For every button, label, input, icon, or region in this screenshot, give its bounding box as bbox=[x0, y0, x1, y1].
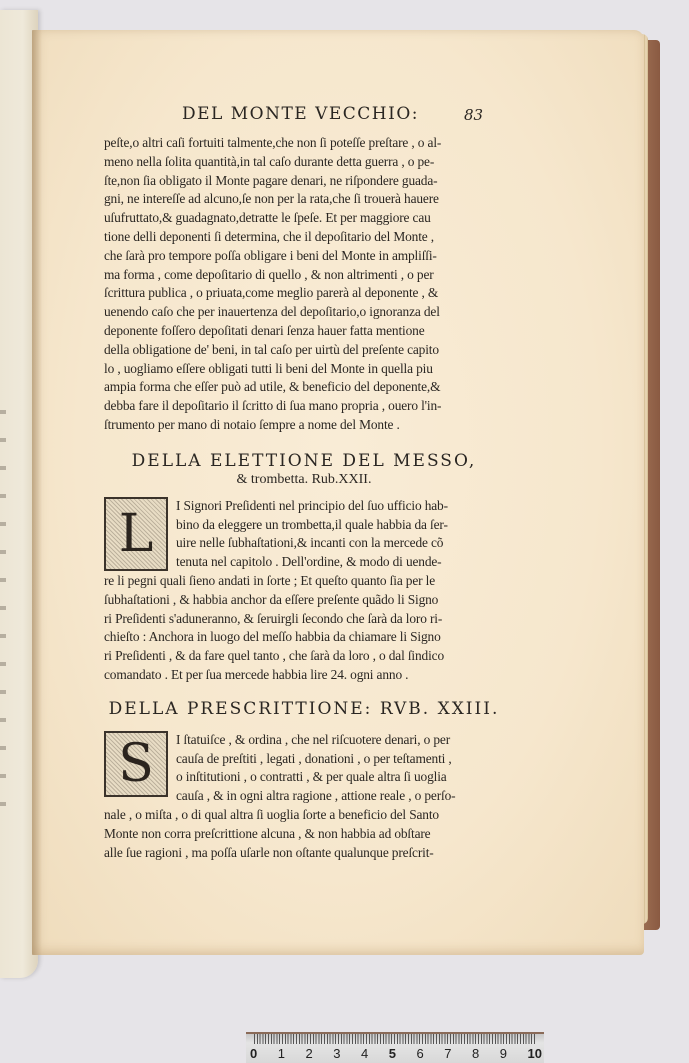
woodcut-initial-s-icon: S bbox=[104, 731, 168, 797]
ruler-label: 1 bbox=[278, 1046, 285, 1061]
text-line: uſufruttato,& guadagnato,detratte le ſpe… bbox=[104, 209, 504, 228]
page-number: 83 bbox=[464, 106, 483, 124]
ruler-label: 8 bbox=[472, 1046, 479, 1061]
running-head: DEL MONTE VECCHIO: 83 bbox=[104, 104, 504, 134]
text-line: I ſtatuiſce , & ordina , che nel riſcuot… bbox=[176, 731, 504, 750]
text-line: della obligatione de' beni, in tal caſo … bbox=[104, 341, 504, 360]
text-line: ri Preſidenti s'aduneranno, & ſeruirgli … bbox=[104, 610, 504, 629]
text-line: peſte,o altri caſi fortuiti talmente,che… bbox=[104, 134, 504, 153]
text-line: ſcrittura publica , o priuata,come megli… bbox=[104, 284, 504, 303]
page-text-block: DEL MONTE VECCHIO: 83 peſte,o altri caſi… bbox=[104, 104, 504, 862]
text-line: bino da eleggere un trombetta,il quale h… bbox=[176, 516, 504, 535]
section-rub-xxii: DELLA ELETTIONE DEL MESSO, & trombetta. … bbox=[104, 451, 504, 685]
text-line: lo , uogliamo eſſere obligati tutti li b… bbox=[104, 360, 504, 379]
woodcut-initial-l-icon: L bbox=[104, 497, 168, 571]
text-line: cauſa , & in ogni altra ragione , attion… bbox=[176, 787, 504, 806]
ruler-ticks bbox=[254, 1034, 536, 1044]
intro-paragraph: peſte,o altri caſi fortuiti talmente,che… bbox=[104, 134, 504, 435]
section-subheading: & trombetta. Rub.XXII. bbox=[104, 471, 504, 489]
text-line: che ſarà pro tempore poſſa obligare i be… bbox=[104, 247, 504, 266]
text-line: ma forma , come depoſitario di quello , … bbox=[104, 266, 504, 285]
ruler-label: 2 bbox=[306, 1046, 313, 1061]
scale-ruler: 0 1 2 3 4 5 6 7 8 9 10 bbox=[246, 1032, 544, 1063]
text-line: deponente foſſero depoſitati denari ſenz… bbox=[104, 322, 504, 341]
text-line: ſubhaſtationi , & habbia anchor da eſſer… bbox=[104, 591, 504, 610]
text-line: o inſtitutioni , o contratti , & per qua… bbox=[176, 768, 504, 787]
text-line: tione delli deponenti ſi determina, che … bbox=[104, 228, 504, 247]
text-line: ſtrumento per mano di notaio ſempre a no… bbox=[104, 416, 504, 435]
text-line: chieſto : Anchora in luogo del meſſo hab… bbox=[104, 628, 504, 647]
text-line: ſte,non ſia obligato il Monte pagare den… bbox=[104, 172, 504, 191]
text-line: ampia forma che eſſer può ad utile, & be… bbox=[104, 378, 504, 397]
text-line: cauſa de preſtiti , legati , donationi ,… bbox=[176, 750, 504, 769]
ruler-label: 4 bbox=[361, 1046, 368, 1061]
ruler-label: 5 bbox=[389, 1046, 396, 1061]
ruler-labels: 0 1 2 3 4 5 6 7 8 9 10 bbox=[250, 1046, 542, 1061]
text-line: comandato . Et per ſua mercede habbia li… bbox=[104, 666, 504, 685]
initial-paragraph: L I Signori Preſidenti nel principio del… bbox=[104, 497, 504, 685]
text-line: Monte non corra preſcrittione alcuna , &… bbox=[104, 825, 504, 844]
show-through-text bbox=[0, 410, 6, 810]
ruler-label: 10 bbox=[528, 1046, 542, 1061]
text-line: meno nella ſolita quantità,in tal caſo d… bbox=[104, 153, 504, 172]
ruler-label: 7 bbox=[444, 1046, 451, 1061]
ruler-label: 0 bbox=[250, 1046, 257, 1061]
text-line: I Signori Preſidenti nel principio del ſ… bbox=[176, 497, 504, 516]
text-line: tenuta nel capitolo . Dell'ordine, & mod… bbox=[176, 553, 504, 572]
ruler-label: 6 bbox=[417, 1046, 424, 1061]
section-rub-xxiii: DELLA PRESCRITTIONE: RVB. XXIII. S I ſta… bbox=[104, 699, 504, 863]
ruler-label: 9 bbox=[500, 1046, 507, 1061]
text-line: ri Preſidenti , & da fare quel tanto , c… bbox=[104, 647, 504, 666]
text-line: re li pegni quali ſieno andati in ſorte … bbox=[104, 572, 504, 591]
running-head-title: DEL MONTE VECCHIO: bbox=[182, 104, 419, 124]
text-line: debba fare il depoſitario il ſcritto di … bbox=[104, 397, 504, 416]
text-line: uenendo caſo che per inauertenza del dep… bbox=[104, 303, 504, 322]
initial-paragraph: S I ſtatuiſce , & ordina , che nel riſcu… bbox=[104, 731, 504, 863]
section-heading: DELLA ELETTIONE DEL MESSO, bbox=[104, 451, 504, 471]
text-line: gni, ne intereſſe ad alcuno,ſe non per l… bbox=[104, 190, 504, 209]
ruler-label: 3 bbox=[333, 1046, 340, 1061]
text-line: nale , o miſta , o di qual altra ſi uogl… bbox=[104, 806, 504, 825]
text-line: alle ſue ragioni , ma poſſa uſarle non o… bbox=[104, 844, 504, 863]
section-heading: DELLA PRESCRITTIONE: RVB. XXIII. bbox=[104, 699, 504, 719]
text-line: uire nelle ſubhaſtationi,& incanti con l… bbox=[176, 534, 504, 553]
gutter-shadow bbox=[32, 30, 42, 955]
